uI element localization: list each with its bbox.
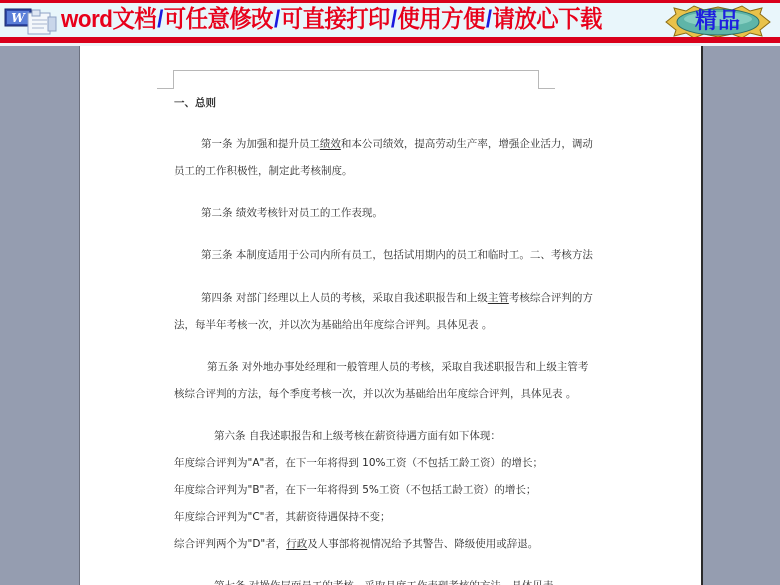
underlined-term: 主管 bbox=[488, 292, 509, 304]
article-6-grade-c: 年度综合评判为"C"者，其薪资待遇保持不变； bbox=[174, 510, 391, 524]
banner-segment: 使用方便 bbox=[398, 6, 485, 33]
promo-banner: W word文档/可任意修改/可直接打印/使用方便/请放心下载 精品 bbox=[0, 0, 780, 46]
document-page: 一、总则 第一条 为加强和提升员工绩效和本公司绩效，提高劳动生产率，增强企业活力… bbox=[80, 46, 701, 585]
article-5-line-1: 第五条 对外地办事处经理和一般管理人员的考核，采取自我述职报告和上级主管考 bbox=[207, 360, 588, 374]
banner-separator: / bbox=[157, 6, 163, 33]
banner-separator: / bbox=[274, 6, 280, 33]
word-document-icon: W bbox=[4, 7, 58, 35]
article-4-line-1: 第四条 对部门经理以上人员的考核，采取自我述职报告和上级主管考核综合评判的方 bbox=[201, 291, 593, 305]
section-heading: 一、总则 bbox=[174, 96, 216, 110]
banner-separator: / bbox=[391, 6, 397, 33]
article-3-line-1: 第三条 本制度适用于公司内所有员工，包括试用期内的员工和临时工。二、考核方法 bbox=[201, 248, 593, 262]
banner-segment: 请放心下载 bbox=[493, 6, 602, 33]
text-run: 第一条 为加强和提升员工 bbox=[201, 138, 320, 150]
text-run: 和本公司绩效，提高劳动生产率，增强企业活力，调动 bbox=[341, 138, 593, 150]
banner-slogan: word文档/可任意修改/可直接打印/使用方便/请放心下载 bbox=[61, 4, 602, 36]
article-6-line-1: 第六条 自我述职报告和上级考核在薪资待遇方面有如下体现： bbox=[214, 429, 501, 443]
underlined-term: 绩效 bbox=[320, 138, 341, 150]
badge-label: 精品 bbox=[664, 5, 772, 39]
text-run: 第四条 对部门经理以上人员的考核，采取自我述职报告和上级 bbox=[201, 292, 488, 304]
article-6-grade-d: 综合评判两个为"D"者，行政及人事部将视情况给予其警告、降级使用或辞退。 bbox=[174, 537, 538, 551]
article-1-line-1: 第一条 为加强和提升员工绩效和本公司绩效，提高劳动生产率，增强企业活力，调动 bbox=[201, 137, 593, 151]
banner-separator: / bbox=[486, 6, 492, 33]
underlined-term: 行政 bbox=[286, 538, 307, 550]
text-run: 考核综合评判的方 bbox=[509, 292, 593, 304]
article-2-line-1: 第二条 绩效考核针对员工的工作表现。 bbox=[201, 206, 383, 220]
article-4-line-2: 法，每半年考核一次，并以次为基础给出年度综合评判。具体见表 。 bbox=[174, 318, 492, 332]
article-6-grade-a: 年度综合评判为"A"者，在下一年将得到 10%工资（不包括工龄工资）的增长； bbox=[174, 456, 543, 470]
left-workspace-gutter bbox=[0, 46, 80, 585]
premium-badge: 精品 bbox=[664, 5, 772, 39]
document-body[interactable]: 一、总则 第一条 为加强和提升员工绩效和本公司绩效，提高劳动生产率，增强企业活力… bbox=[80, 46, 701, 585]
svg-text:W: W bbox=[11, 11, 26, 25]
article-6-grade-b: 年度综合评判为"B"者，在下一年将得到 5%工资（不包括工龄工资）的增长； bbox=[174, 483, 536, 497]
article-7-line-1: 第七条 对操作层面员工的考核，采取月度工作表现考核的方法，具体见表 。 bbox=[214, 579, 567, 585]
right-workspace-gutter bbox=[701, 46, 780, 585]
text-run: 及人事部将视情况给予其警告、降级使用或辞退。 bbox=[307, 538, 538, 550]
banner-segment: 可任意修改 bbox=[164, 6, 273, 33]
text-run: 综合评判两个为"D"者， bbox=[174, 538, 286, 550]
banner-segment: word文档 bbox=[61, 6, 156, 33]
article-5-line-2: 核综合评判的方法，每个季度考核一次，并以次为基础给出年度综合评判，具体见表 。 bbox=[174, 387, 576, 401]
banner-segment: 可直接打印 bbox=[281, 6, 390, 33]
article-1-line-2: 员工的工作积极性，制定此考核制度。 bbox=[174, 164, 353, 178]
